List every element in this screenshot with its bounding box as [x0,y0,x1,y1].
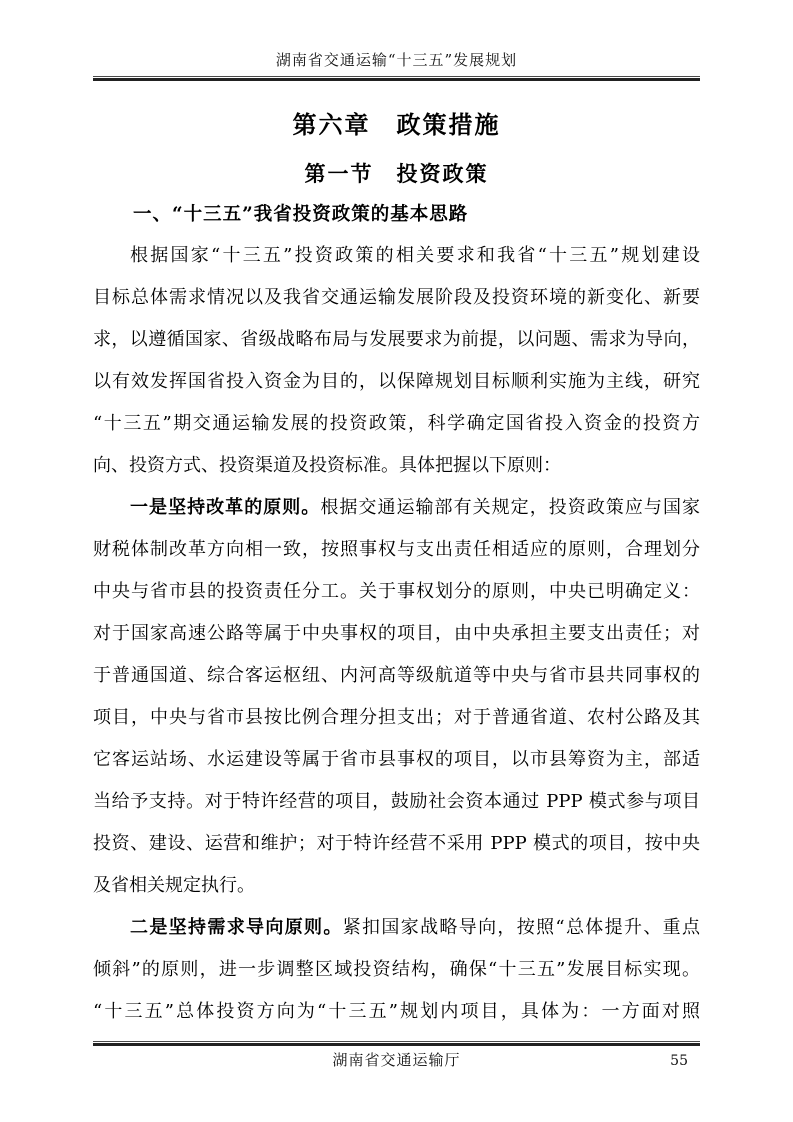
body-line: 以有效发挥国省投入资金为目的，以保障规划目标顺利实施为主线，研究 [93,361,700,403]
body-line: 目标总体需求情况以及我省交通运输发展阶段及投资环境的新变化、新要 [93,277,700,319]
running-footer: 湖南省交通运输厅 55 [93,1036,700,1070]
body-line: 项目，中央与省市县按比例合理分担支出；对于普通省道、农村公路及其 [93,697,700,739]
body-line: “十三五”总体投资方向为“十三五”规划内项目，具体为：一方面对照 [93,991,700,1033]
running-header-title: 湖南省交通运输“十三五”发展规划 [93,50,700,71]
body-text: 根据国家“十三五”投资政策的相关要求和我省“十三五”规划建设目标总体需求情况以及… [93,235,700,1033]
bold-lead-in: 一是坚持改革的原则。 [130,497,320,518]
body-line: 当给予支持。对于特许经营的项目，鼓励社会资本通过 PPP 模式参与项目 [93,781,700,823]
body-line: 于普通国道、综合客运枢纽、内河高等级航道等中央与省市县共同事权的 [93,655,700,697]
line-text: 紧扣国家战略导向，按照“总体提升、重点 [343,917,700,938]
body-line: 向、投资方式、投资渠道及投资标准。具体把握以下原则： [93,445,700,487]
body-line: 投资、建设、运营和维护；对于特许经营不采用 PPP 模式的项目，按中央 [93,823,700,865]
subsection-title: 一、“十三五”我省投资政策的基本思路 [93,203,700,227]
page-number: 55 [670,1051,688,1071]
bold-lead-in: 二是坚持需求导向原则。 [130,917,343,938]
body-line: “十三五”期交通运输发展的投资政策，科学确定国省投入资金的投资方 [93,403,700,445]
body-line: 中央与省市县的投资责任分工。关于事权划分的原则，中央已明确定义： [93,571,700,613]
chapter-title: 第六章 政策措施 [93,109,700,140]
body-line: 求，以遵循国家、省级战略布局与发展要求为前提，以问题、需求为导向， [93,319,700,361]
body-line: 根据国家“十三五”投资政策的相关要求和我省“十三五”规划建设 [93,235,700,277]
body-line: 一是坚持改革的原则。根据交通运输部有关规定，投资政策应与国家 [93,487,700,529]
body-line: 对于国家高速公路等属于中央事权的项目，由中央承担主要支出责任；对 [93,613,700,655]
body-line: 财税体制改革方向相一致，按照事权与支出责任相适应的原则，合理划分 [93,529,700,571]
body-line: 二是坚持需求导向原则。紧扣国家战略导向，按照“总体提升、重点 [93,907,700,949]
body-line: 及省相关规定执行。 [93,865,700,907]
running-header: 湖南省交通运输“十三五”发展规划 [93,0,700,81]
footer-organization: 湖南省交通运输厅 [332,1051,460,1069]
header-rule [93,76,700,81]
line-text: 根据交通运输部有关规定，投资政策应与国家 [320,497,700,518]
body-line: 倾斜”的原则，进一步调整区域投资结构，确保“十三五”发展目标实现。 [93,949,700,991]
body-line: 它客运站场、水运建设等属于省市县事权的项目，以市县筹资为主，部适 [93,739,700,781]
footer-rule [93,1041,700,1046]
section-title: 第一节 投资政策 [93,160,700,187]
document-page: 湖南省交通运输“十三五”发展规划 第六章 政策措施 第一节 投资政策 一、“十三… [0,0,793,1122]
